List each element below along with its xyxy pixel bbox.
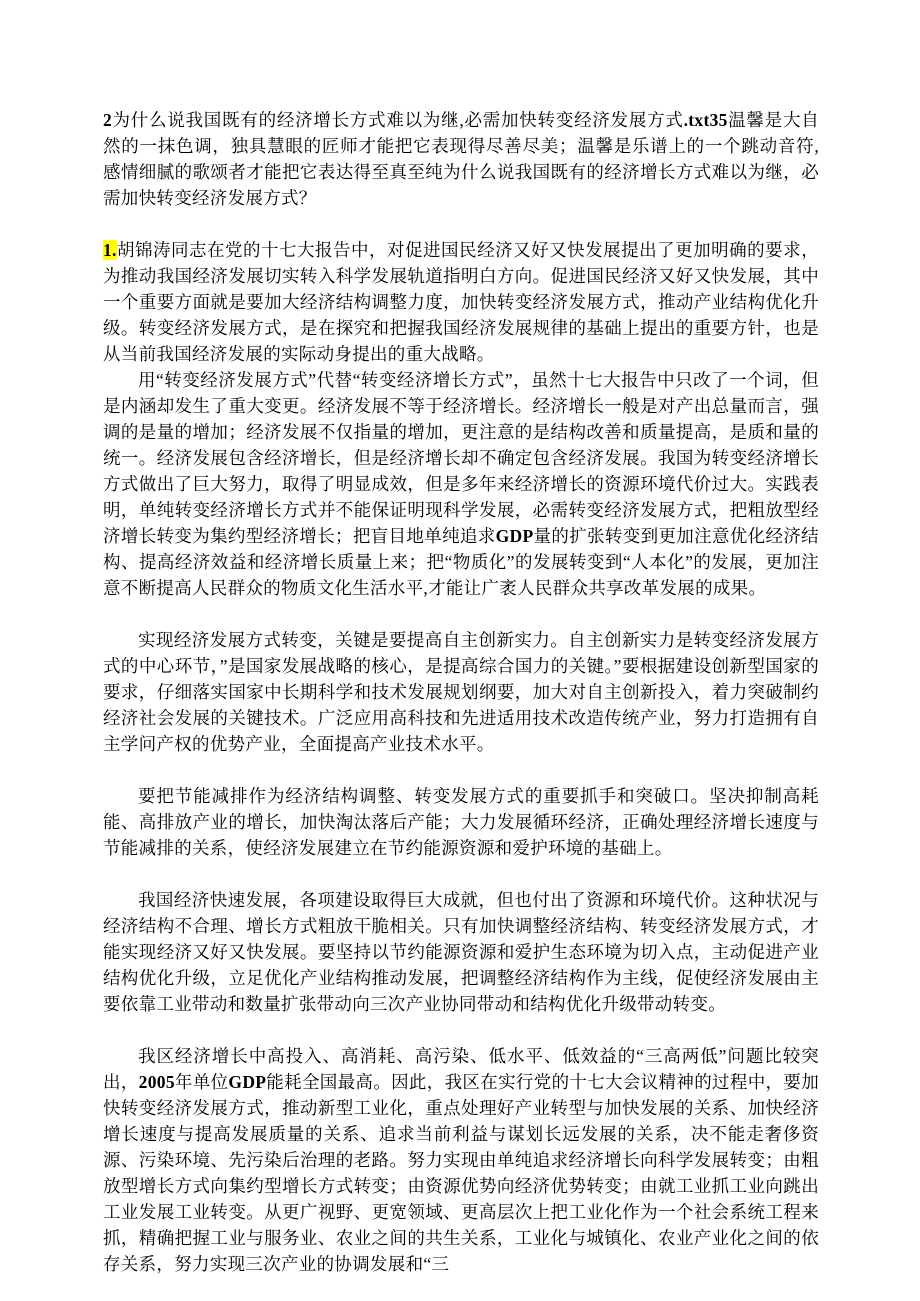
structure-adjustment-paragraph: 我国经济快速发展，各项建设取得巨大成就，但也付出了资源和环境代价。这种状况与经济… bbox=[103, 887, 819, 1017]
region-three-high-two-low-paragraph: 我区经济增长中高投入、高消耗、高污染、低水平、低效益的“三高两低”问题比较突出，… bbox=[103, 1043, 819, 1277]
question-title-paragraph: 2为什么说我国既有的经济增长方式难以为继,必需加快转变经济发展方式.txt35温… bbox=[103, 107, 819, 211]
innovation-paragraph: 实现经济发展方式转变，关键是要提高自主创新实力。自主创新实力是转变经济发展方式的… bbox=[103, 627, 819, 757]
development-vs-growth-paragraph: 用“转变经济发展方式”代替“转变经济增长方式”，虽然十七大报告中只改了一个词，但… bbox=[103, 367, 819, 601]
energy-saving-paragraph: 要把节能减排作为经济结构调整、转变发展方式的重要抓手和突破口。坚决抑制高耗能、高… bbox=[103, 783, 819, 861]
document-page: 2为什么说我国既有的经济增长方式难以为继,必需加快转变经济发展方式.txt35温… bbox=[0, 0, 920, 1301]
text-run: 实现经济发展方式转变，关键是要提高自主创新实力。自主创新实力是转变经济发展方式的… bbox=[103, 630, 819, 754]
text-run: 要把节能减排作为经济结构调整、转变发展方式的重要抓手和突破口。坚决抑制高耗能、高… bbox=[103, 786, 819, 858]
highlight-marker: 1. bbox=[103, 240, 117, 260]
text-run: 能耗全国最高。因此，我区在实行党的十七大会议精神的过程中，要加快转变经济发展方式… bbox=[103, 1072, 819, 1274]
text-run: 2 bbox=[103, 110, 112, 130]
answer-intro-paragraph: 1.胡锦涛同志在党的十七大报告中，对促进国民经济又好又快发展提出了更加明确的要求… bbox=[103, 237, 819, 367]
text-run: 为什么说我国既有的经济增长方式难以为继,必需加快转变经济发展方式 bbox=[112, 110, 684, 130]
text-run: GDP bbox=[228, 1072, 266, 1092]
text-run: 胡锦涛同志在党的十七大报告中，对促进国民经济又好又快发展提出了更加明确的要求，为… bbox=[103, 240, 819, 364]
text-run: 我国经济快速发展，各项建设取得巨大成就，但也付出了资源和环境代价。这种状况与经济… bbox=[103, 890, 819, 1014]
text-run: 2005 bbox=[139, 1072, 175, 1092]
text-run: GDP bbox=[496, 526, 534, 546]
text-run: .txt35 bbox=[684, 110, 728, 130]
text-run: 年单位 bbox=[175, 1072, 229, 1092]
document-body: 2为什么说我国既有的经济增长方式难以为继,必需加快转变经济发展方式.txt35温… bbox=[103, 107, 819, 1277]
text-run: 用“转变经济发展方式”代替“转变经济增长方式”，虽然十七大报告中只改了一个词，但… bbox=[103, 370, 819, 546]
